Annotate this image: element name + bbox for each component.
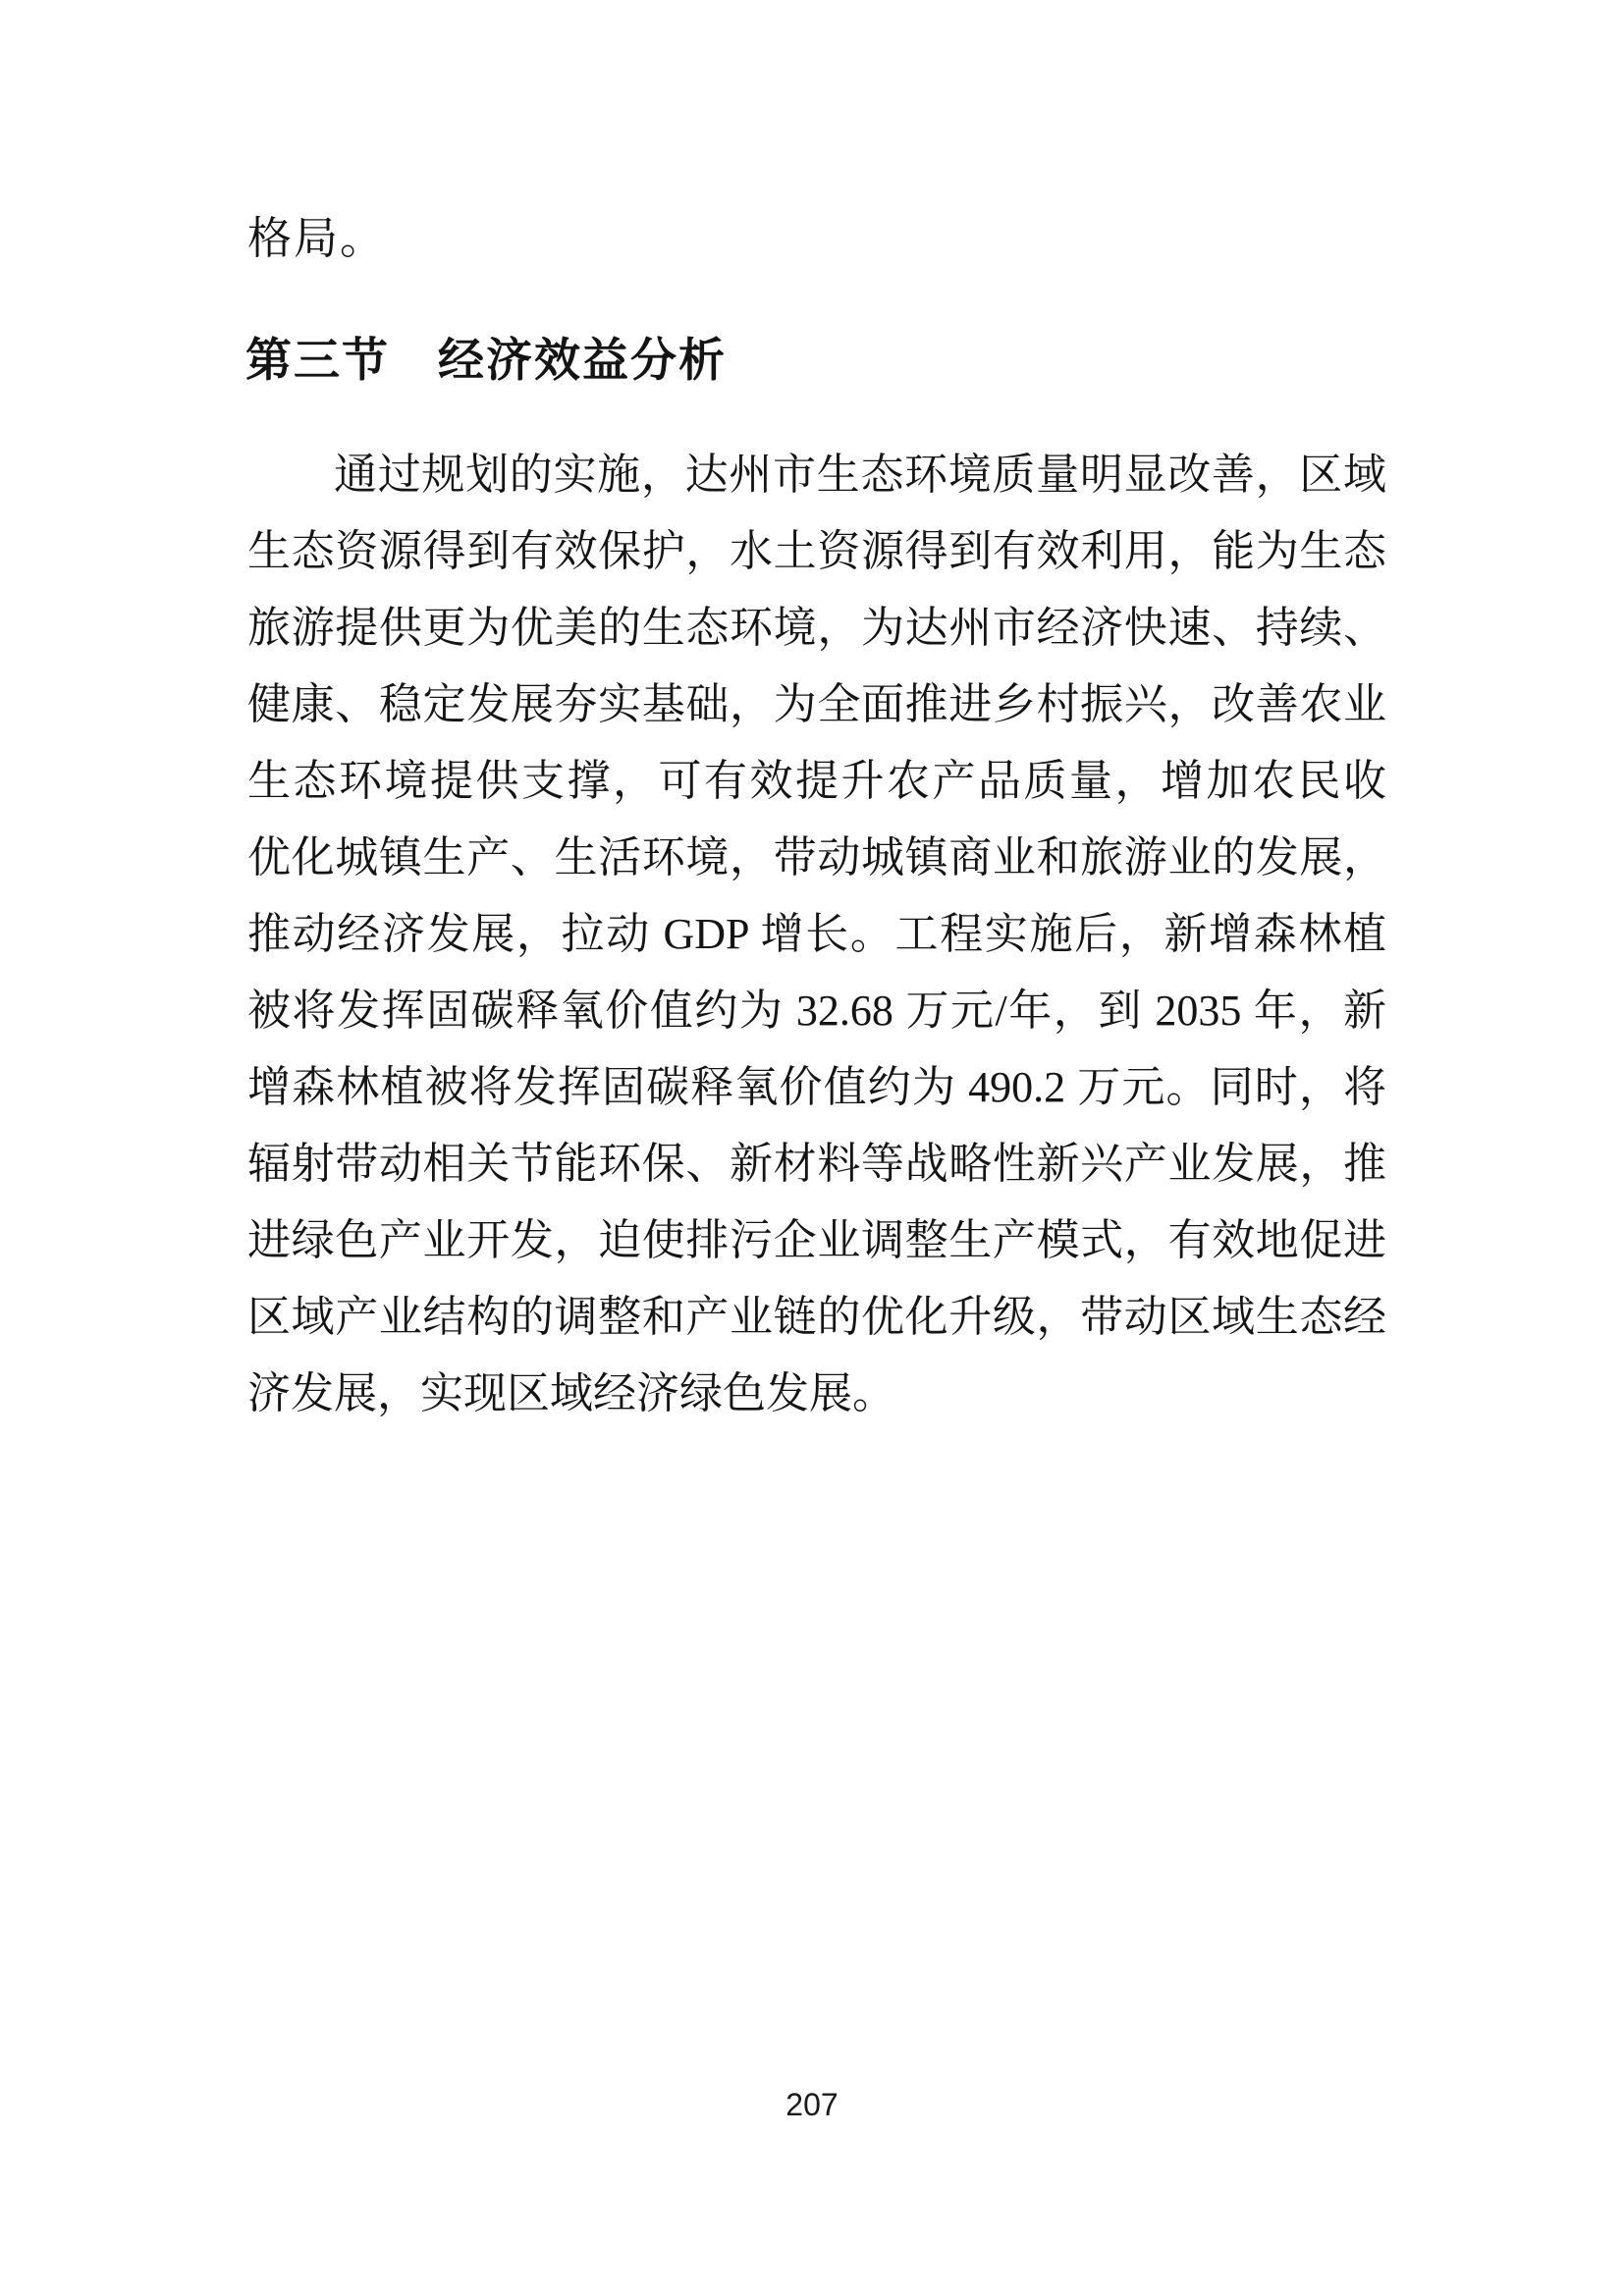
- paragraph-line: 区域产业结构的调整和产业链的优化升级，带动区域生态经: [247, 1279, 1386, 1356]
- paragraph-line: 通过规划的实施，达州市生态环境质量明显改善，区域: [247, 437, 1386, 513]
- paragraph-line: 推动经济发展，拉动 GDP 增长。工程实施后，新增森林植: [247, 896, 1386, 973]
- paragraph-line: 被将发挥固碳释氧价值约为 32.68 万元/年，到 2035 年，新: [247, 973, 1386, 1049]
- body-paragraph: 通过规划的实施，达州市生态环境质量明显改善，区域生态资源得到有效保护，水土资源得…: [247, 437, 1386, 1432]
- document-page: 格局。 第三节 经济效益分析 通过规划的实施，达州市生态环境质量明显改善，区域生…: [0, 0, 1624, 2296]
- paragraph-continuation-text: 格局。: [247, 214, 386, 265]
- section-heading: 第三节 经济效益分析: [245, 324, 727, 390]
- paragraph-line: 生态环境提供支撑，可有效提升农产品质量，增加农民收入；: [247, 743, 1386, 820]
- paragraph-line: 优化城镇生产、生活环境，带动城镇商业和旅游业的发展，: [247, 820, 1386, 896]
- page-number: 207: [0, 2087, 1624, 2123]
- paragraph-line: 旅游提供更为优美的生态环境，为达州市经济快速、持续、: [247, 590, 1386, 667]
- paragraph-line: 辐射带动相关节能环保、新材料等战略性新兴产业发展，推: [247, 1126, 1386, 1202]
- paragraph-line: 济发展，实现区域经济绿色发展。: [247, 1356, 1386, 1432]
- paragraph-line: 健康、稳定发展夯实基础，为全面推进乡村振兴，改善农业: [247, 667, 1386, 743]
- paragraph-line: 进绿色产业开发，迫使排污企业调整生产模式，有效地促进: [247, 1202, 1386, 1279]
- paragraph-line: 增森林植被将发挥固碳释氧价值约为 490.2 万元。同时，将: [247, 1049, 1386, 1126]
- paragraph-line: 生态资源得到有效保护，水土资源得到有效利用，能为生态: [247, 513, 1386, 590]
